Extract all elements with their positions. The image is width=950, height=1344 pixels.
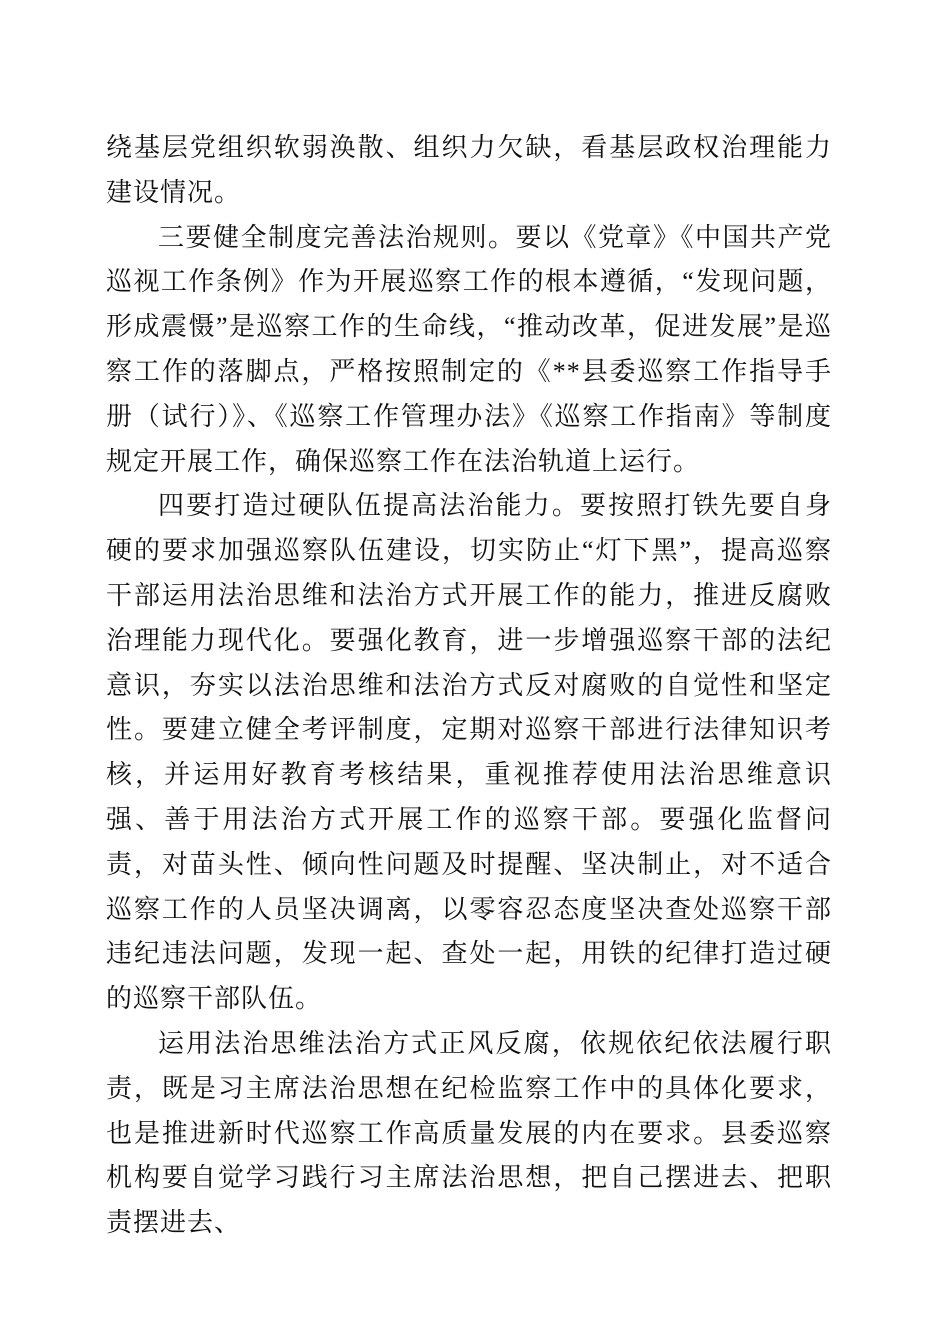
document-text-block: 绕基层党组织软弱涣散、组织力欠缺，看基层政权治理能力建设情况。 三要健全制度完善… — [106, 126, 832, 1246]
paragraph: 四要打造过硬队伍提高法治能力。要按照打铁先要自身硬的要求加强巡察队伍建设，切实防… — [106, 484, 832, 1022]
paragraph: 绕基层党组织软弱涣散、组织力欠缺，看基层政权治理能力建设情况。 — [106, 126, 832, 216]
paragraph: 三要健全制度完善法治规则。要以《党章》《中国共产党巡视工作条例》作为开展巡察工作… — [106, 216, 832, 485]
document-page: 绕基层党组织软弱涣散、组织力欠缺，看基层政权治理能力建设情况。 三要健全制度完善… — [0, 0, 950, 1344]
paragraph: 运用法治思维法治方式正风反腐，依规依纪依法履行职责，既是习主席法治思想在纪检监察… — [106, 1022, 832, 1246]
